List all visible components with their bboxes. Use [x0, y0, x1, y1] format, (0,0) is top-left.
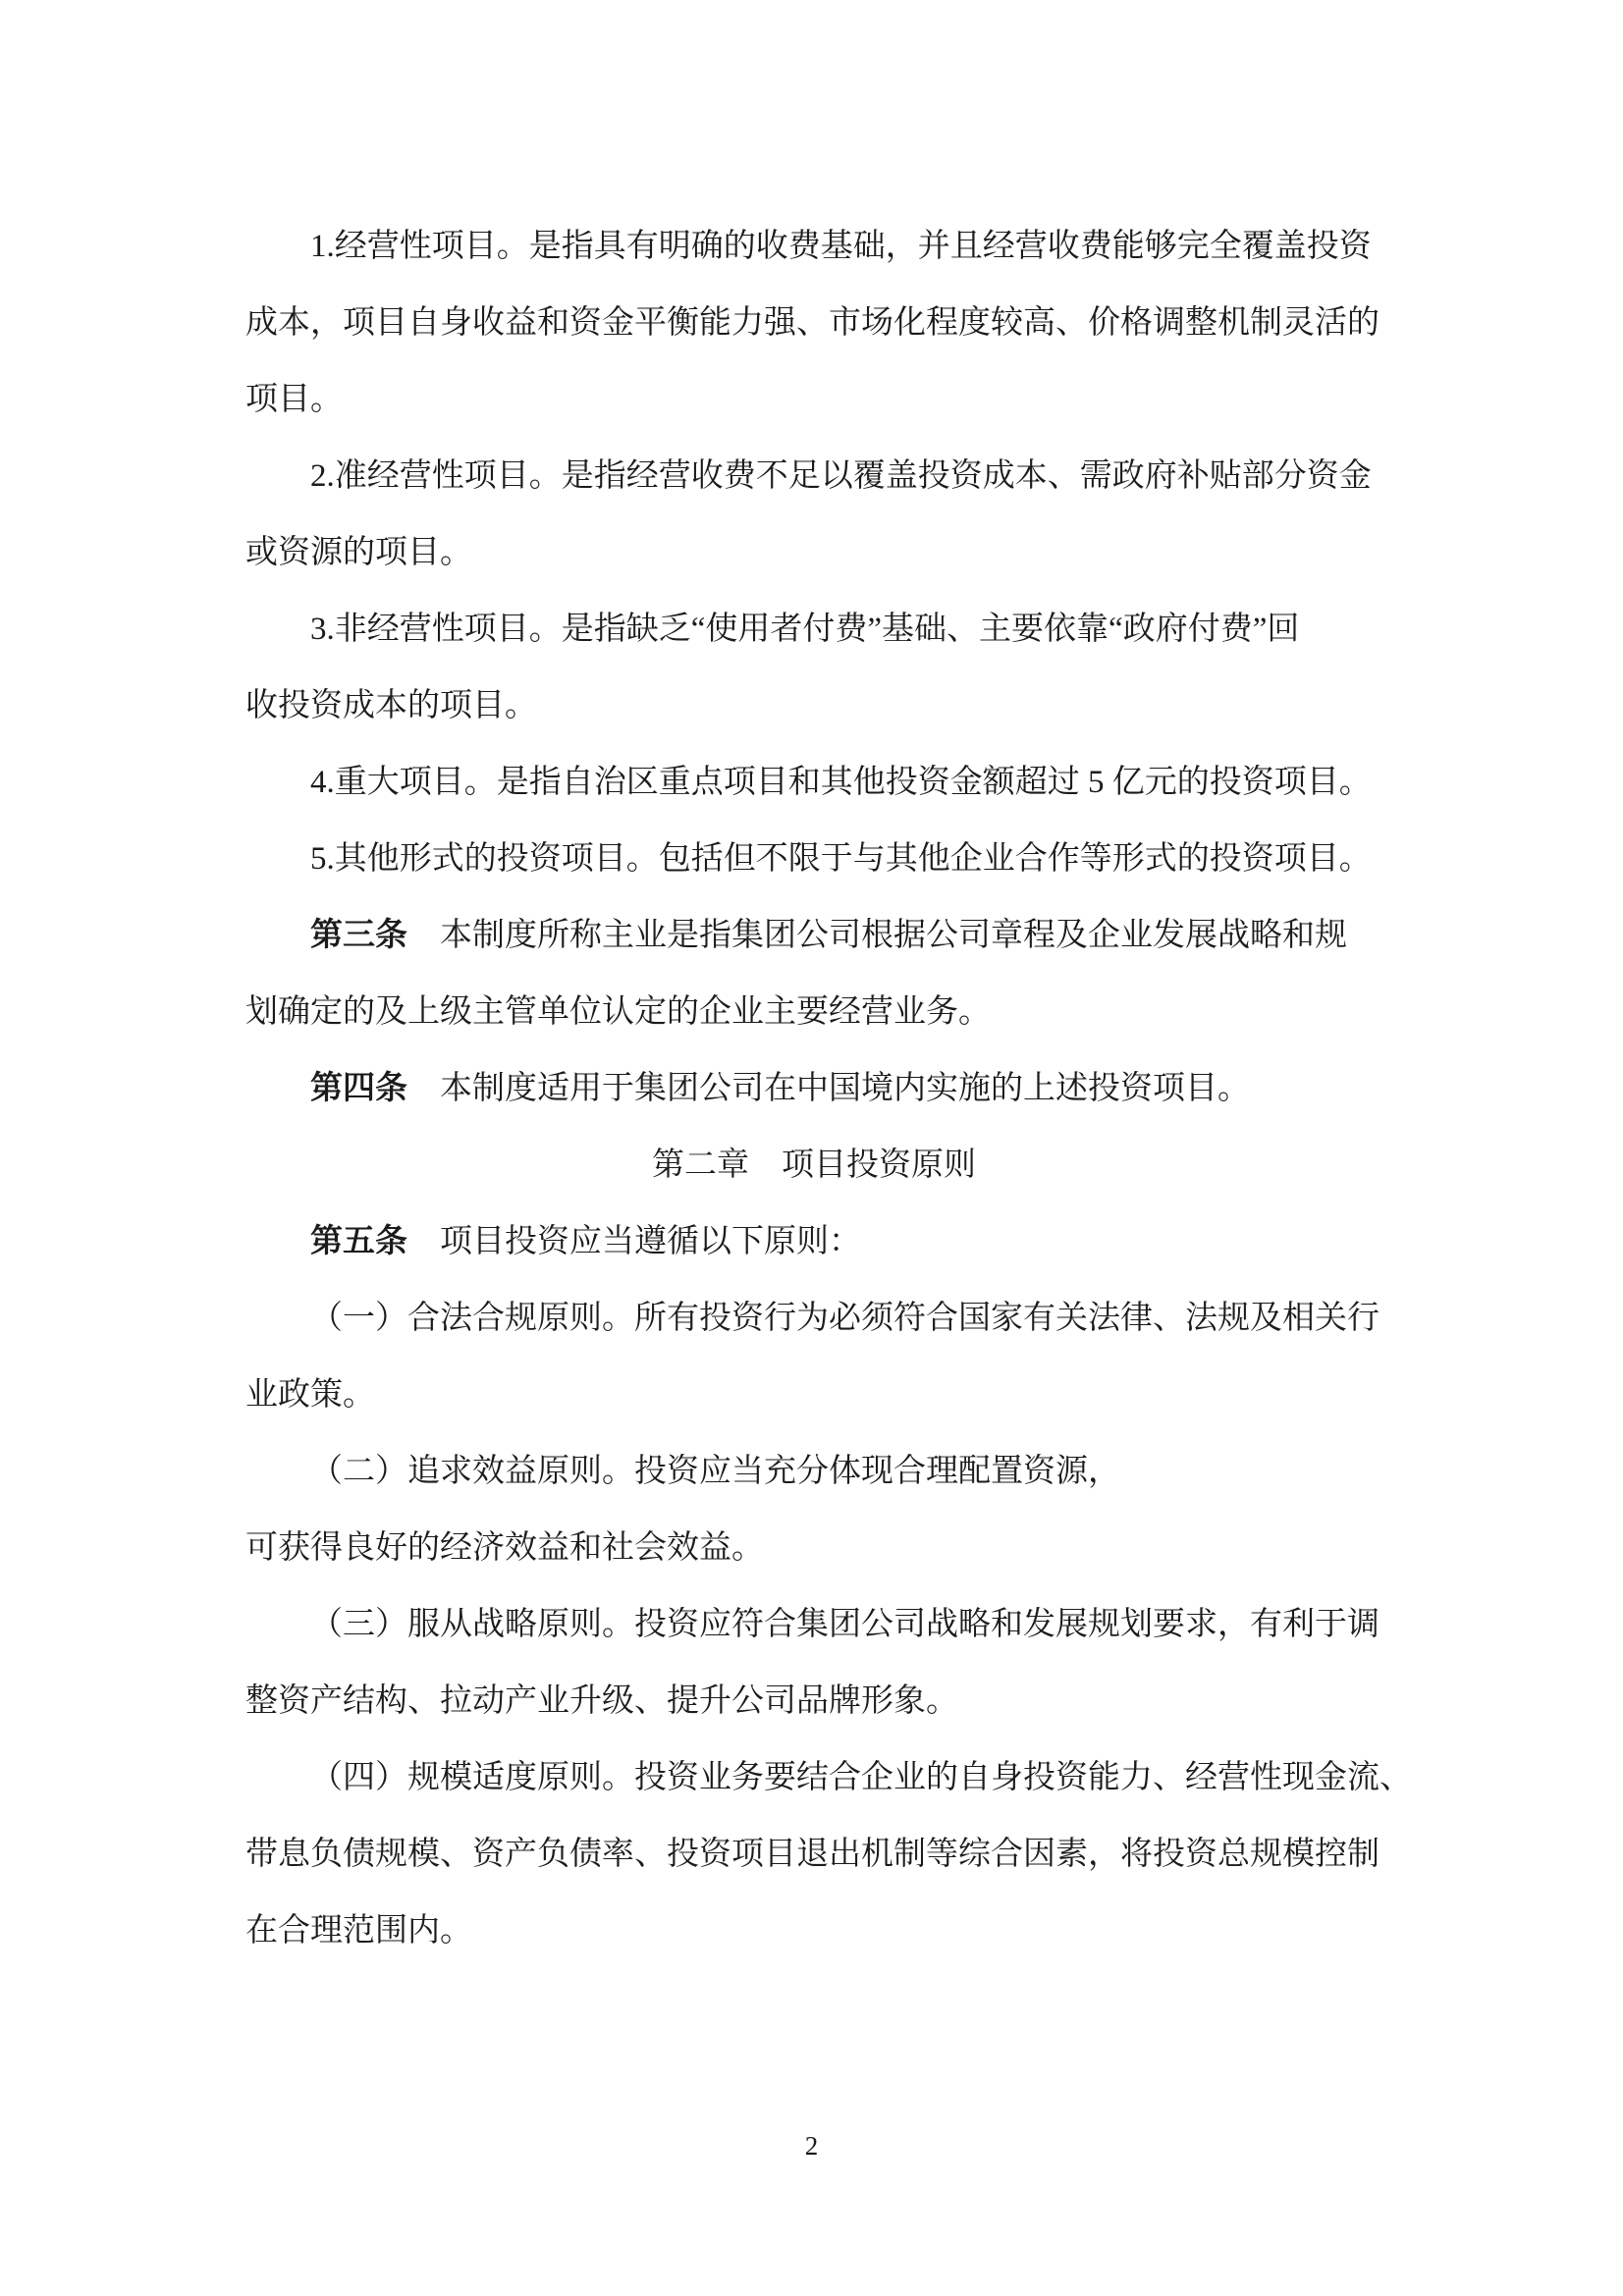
article-line: 第四条 本制度适用于集团公司在中国境内实施的上述投资项目。	[245, 1050, 1382, 1127]
paragraph-line: 3.非经营性项目。是指缺乏“使用者付费”基础、主要依靠“政府付费”回	[245, 591, 1382, 667]
line-text: 业政策。	[245, 1377, 375, 1413]
line-text: 本制度适用于集团公司在中国境内实施的上述投资项目。	[407, 1071, 1250, 1106]
line-text: 或资源的项目。	[245, 535, 472, 570]
paragraph-line: 划确定的及上级主管单位认定的企业主要经营业务。	[245, 974, 1382, 1050]
paragraph-line: （二）追求效益原则。投资应当充分体现合理配置资源，	[245, 1433, 1382, 1510]
paragraph-line: 1.经营性项目。是指具有明确的收费基础，并且经营收费能够完全覆盖投资	[245, 208, 1382, 285]
line-text: 本制度所称主业是指集团公司根据公司章程及企业发展战略和规	[407, 918, 1347, 953]
paragraph-line: 2.准经营性项目。是指经营收费不足以覆盖投资成本、需政府补贴部分资金	[245, 438, 1382, 514]
paragraph-line: 带息负债规模、资产负债率、投资项目退出机制等综合因素，将投资总规模控制	[245, 1816, 1382, 1893]
article-line: 第三条 本制度所称主业是指集团公司根据公司章程及企业发展战略和规	[245, 897, 1382, 974]
line-text: 收投资成本的项目。	[245, 688, 537, 723]
line-text: 带息负债规模、资产负债率、投资项目退出机制等综合因素，将投资总规模控制	[245, 1837, 1380, 1872]
article-number: 第三条	[310, 918, 407, 953]
line-text: 成本，项目自身收益和资金平衡能力强、市场化程度较高、价格调整机制灵活的	[245, 305, 1380, 341]
paragraph-line: 在合理范围内。	[245, 1893, 1382, 1969]
article-number: 第五条	[310, 1224, 407, 1259]
line-text: （一）合法合规原则。所有投资行为必须符合国家有关法律、法规及相关行	[310, 1301, 1380, 1336]
line-text: 5.其他形式的投资项目。包括但不限于与其他企业合作等形式的投资项目。	[310, 841, 1372, 877]
line-text: 1.经营性项目。是指具有明确的收费基础，并且经营收费能够完全覆盖投资	[310, 229, 1372, 264]
line-text: 划确定的及上级主管单位认定的企业主要经营业务。	[245, 994, 991, 1030]
line-text: 项目。	[245, 382, 343, 417]
line-text: （四）规模适度原则。投资业务要结合企业的自身投资能力、经营性现金流、	[310, 1760, 1412, 1795]
line-text: 4.重大项目。是指自治区重点项目和其他投资金额超过 5 亿元的投资项目。	[310, 765, 1372, 800]
page-number: 2	[0, 2128, 1623, 2163]
line-text: 整资产结构、拉动产业升级、提升公司品牌形象。	[245, 1683, 958, 1719]
paragraph-line: 5.其他形式的投资项目。包括但不限于与其他企业合作等形式的投资项目。	[245, 821, 1382, 897]
line-text: 3.非经营性项目。是指缺乏“使用者付费”基础、主要依靠“政府付费”回	[310, 612, 1299, 647]
paragraph-line: 项目。	[245, 361, 1382, 438]
paragraph-line: 或资源的项目。	[245, 514, 1382, 591]
chapter-heading-text: 第二章 项目投资原则	[652, 1148, 976, 1183]
paragraph-line: 成本，项目自身收益和资金平衡能力强、市场化程度较高、价格调整机制灵活的	[245, 285, 1382, 361]
line-text: 在合理范围内。	[245, 1913, 472, 1949]
paragraph-line: （三）服从战略原则。投资应符合集团公司战略和发展规划要求，有利于调	[245, 1586, 1382, 1663]
line-text: 项目投资应当遵循以下原则：	[407, 1224, 861, 1259]
paragraph-line: 收投资成本的项目。	[245, 667, 1382, 744]
article-number: 第四条	[310, 1071, 407, 1106]
document-body: 1.经营性项目。是指具有明确的收费基础，并且经营收费能够完全覆盖投资 成本，项目…	[245, 208, 1382, 1969]
line-text: 可获得良好的经济效益和社会效益。	[245, 1530, 764, 1566]
article-line: 第五条 项目投资应当遵循以下原则：	[245, 1203, 1382, 1280]
document-page: 1.经营性项目。是指具有明确的收费基础，并且经营收费能够完全覆盖投资 成本，项目…	[0, 0, 1623, 2296]
line-text: （二）追求效益原则。投资应当充分体现合理配置资源，	[310, 1454, 1120, 1489]
paragraph-line: 4.重大项目。是指自治区重点项目和其他投资金额超过 5 亿元的投资项目。	[245, 744, 1382, 821]
line-text: （三）服从战略原则。投资应符合集团公司战略和发展规划要求，有利于调	[310, 1607, 1380, 1642]
paragraph-line: 业政策。	[245, 1357, 1382, 1433]
paragraph-line: 可获得良好的经济效益和社会效益。	[245, 1510, 1382, 1586]
paragraph-line: （四）规模适度原则。投资业务要结合企业的自身投资能力、经营性现金流、	[245, 1739, 1382, 1816]
line-text: 2.准经营性项目。是指经营收费不足以覆盖投资成本、需政府补贴部分资金	[310, 458, 1372, 494]
paragraph-line: 整资产结构、拉动产业升级、提升公司品牌形象。	[245, 1663, 1382, 1739]
chapter-heading: 第二章 项目投资原则	[245, 1127, 1382, 1203]
paragraph-line: （一）合法合规原则。所有投资行为必须符合国家有关法律、法规及相关行	[245, 1280, 1382, 1357]
